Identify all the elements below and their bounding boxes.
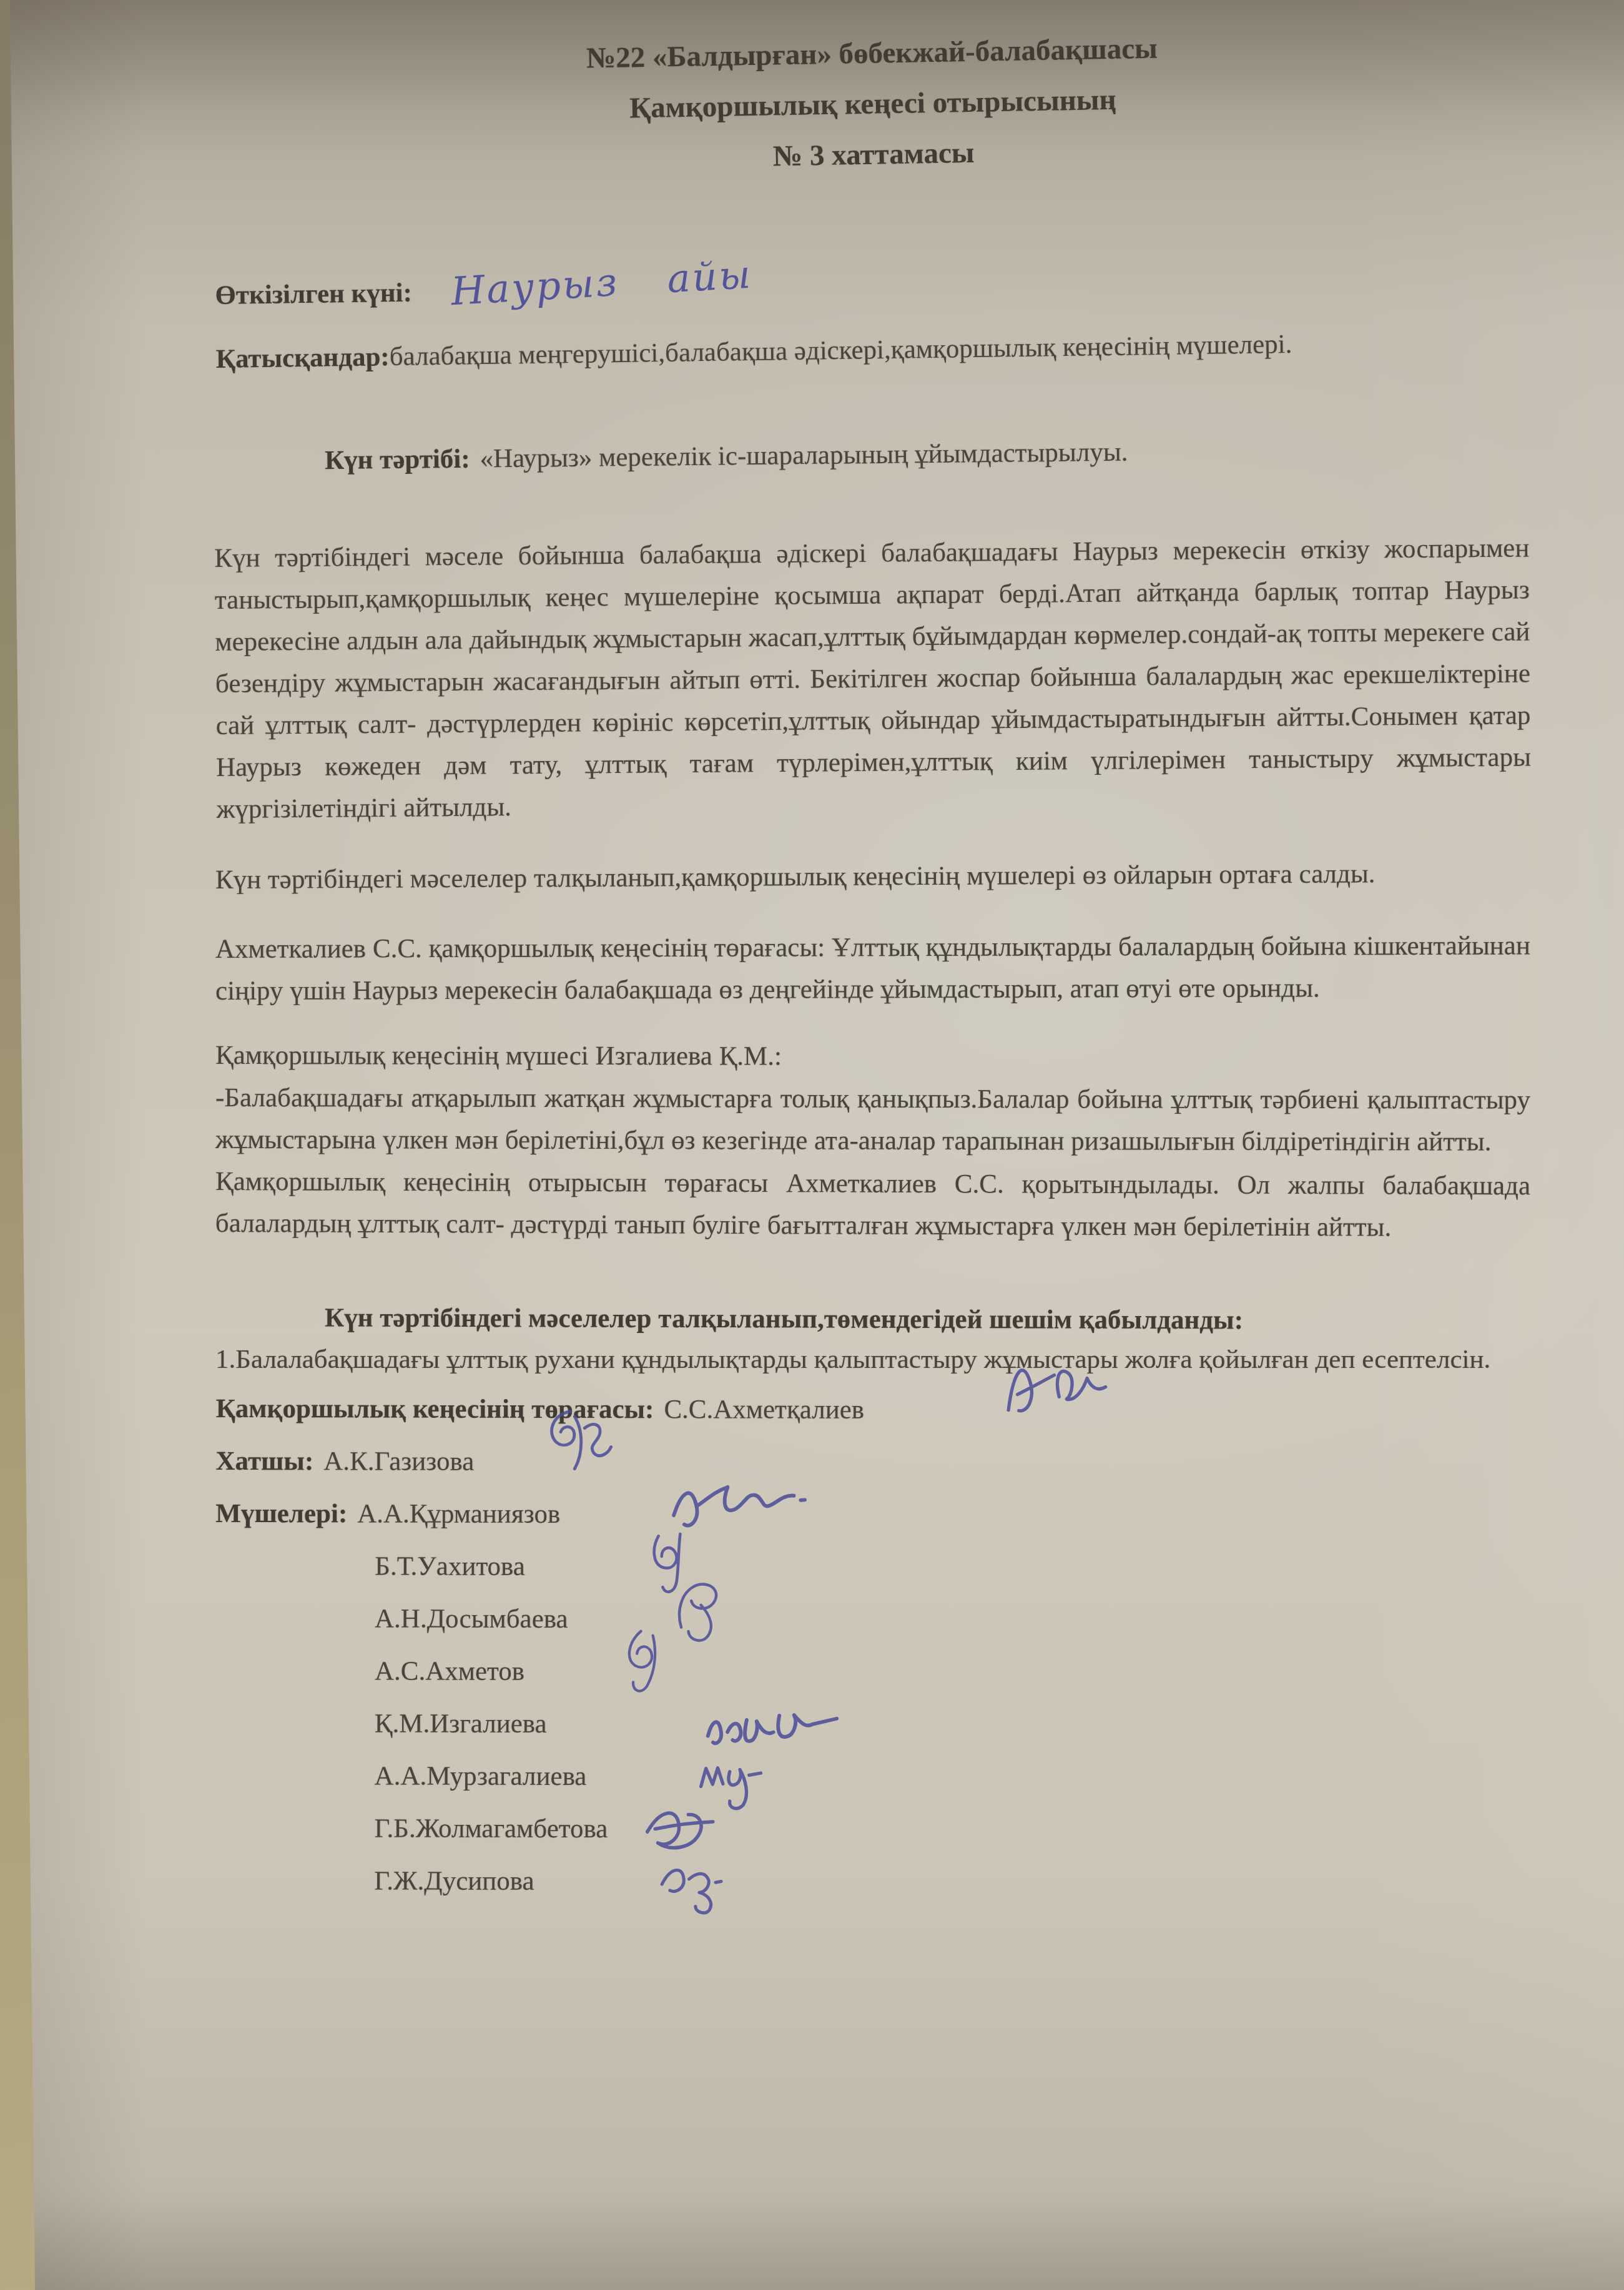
paragraph-report: Күн тәртібіндегі мәселе бойынша балабақш…: [214, 527, 1532, 830]
members-label: Мүшелері:: [215, 1493, 347, 1535]
paragraph-member-speech: -Балабақшадағы атқарылып жатқан жұмыстар…: [215, 1077, 1530, 1163]
secretary-name: А.К.Газизова: [323, 1441, 474, 1483]
agenda-text: «Наурыз» мерекелік іс-шараларының ұйымда…: [480, 437, 1128, 473]
secretary-signature-row: Хатшы: А.К.Газизова: [215, 1435, 1530, 1490]
participants-text: балабақша меңгерушісі,балабақша әдіскері…: [389, 330, 1292, 371]
member-name: А.Н.Досымбаева: [375, 1598, 568, 1641]
signature-dusipova: [626, 1837, 755, 1919]
decision-item: 1.Балалабақшадағы ұлттық рухани құндылық…: [215, 1339, 1530, 1380]
member-signature-row: А.Н.Досымбаева: [215, 1593, 1530, 1648]
member-name: Г.Б.Жолмагамбетова: [374, 1808, 608, 1850]
member-name: А.А.Мурзагалиева: [375, 1756, 587, 1798]
agenda-line: Күн тәртібі:«Наурыз» мерекелік іс-шарала…: [215, 427, 1531, 483]
secretary-label: Хатшы:: [215, 1440, 313, 1482]
member-name: Қ.М.Изгалиева: [375, 1703, 547, 1746]
member-signature-row: Г.Б.Жолмагамбетова: [215, 1802, 1530, 1857]
member-signature-row: Қ.М.Изгалиева: [215, 1698, 1530, 1752]
paragraph-summary: Қамқоршылық кеңесінің отырысын төрағасы …: [215, 1161, 1530, 1249]
member-name: Г.Ж.Дусипова: [374, 1860, 534, 1903]
chairman-signature-row: Қамқоршылық кеңесінің төрағасы: С.С.Ахме…: [216, 1383, 1531, 1438]
member-signature-row: Б.Т.Уахитова: [215, 1540, 1530, 1595]
member-name: А.С.Ахметов: [375, 1651, 524, 1693]
paragraph-chairman-speech: Ахметкалиев С.С. қамқоршылық кеңесінің т…: [215, 925, 1530, 1013]
participants-label: Қатысқандар:: [216, 343, 390, 375]
paragraph-discussion: Күн тәртібіндегі мәселелер талқыланып,қа…: [215, 852, 1530, 901]
member-speech-intro: Қамқоршылық кеңесінің мүшесі Изгалиева Қ…: [215, 1034, 1530, 1079]
member-name: А.А.Құрманиязов: [357, 1493, 560, 1536]
agenda-label: Күн тәртібі:: [325, 444, 470, 474]
protocol-document: №22 «Балдырған» бөбекжай-балабақшасы Қам…: [0, 0, 1624, 1907]
member-signature-row: Мүшелері: А.А.Құрманиязов: [215, 1488, 1530, 1543]
date-label: Өткізілген күні:: [215, 278, 412, 310]
signature-akhmetkaliyev: [971, 1340, 1164, 1429]
date-row: Өткізілген күні:Наурыз айы: [215, 243, 1530, 335]
signatures-section: Қамқоршылық кеңесінің төрағасы: С.С.Ахме…: [215, 1383, 1530, 1910]
member-signature-row: Г.Ж.Дусипова: [215, 1855, 1530, 1910]
handwritten-date: Наурыз айы: [449, 245, 754, 322]
meta-section: Өткізілген күні:Наурыз айы Қатысқандар:б…: [215, 243, 1531, 380]
chairman-name: С.С.Ахметқалиев: [664, 1389, 864, 1432]
protocol-title: №22 «Балдырған» бөбекжай-балабақшасы Қам…: [214, 17, 1532, 191]
member-name: Б.Т.Уахитова: [375, 1546, 525, 1588]
decision-heading: Күн тәртібіндегі мәселелер талқыланып,тө…: [215, 1297, 1530, 1342]
document-photo: №22 «Балдырған» бөбекжай-балабақшасы Қам…: [0, 0, 1624, 2290]
signature-gazizova: [513, 1398, 647, 1478]
member-signature-row: А.А.Мурзагалиева: [215, 1750, 1530, 1805]
